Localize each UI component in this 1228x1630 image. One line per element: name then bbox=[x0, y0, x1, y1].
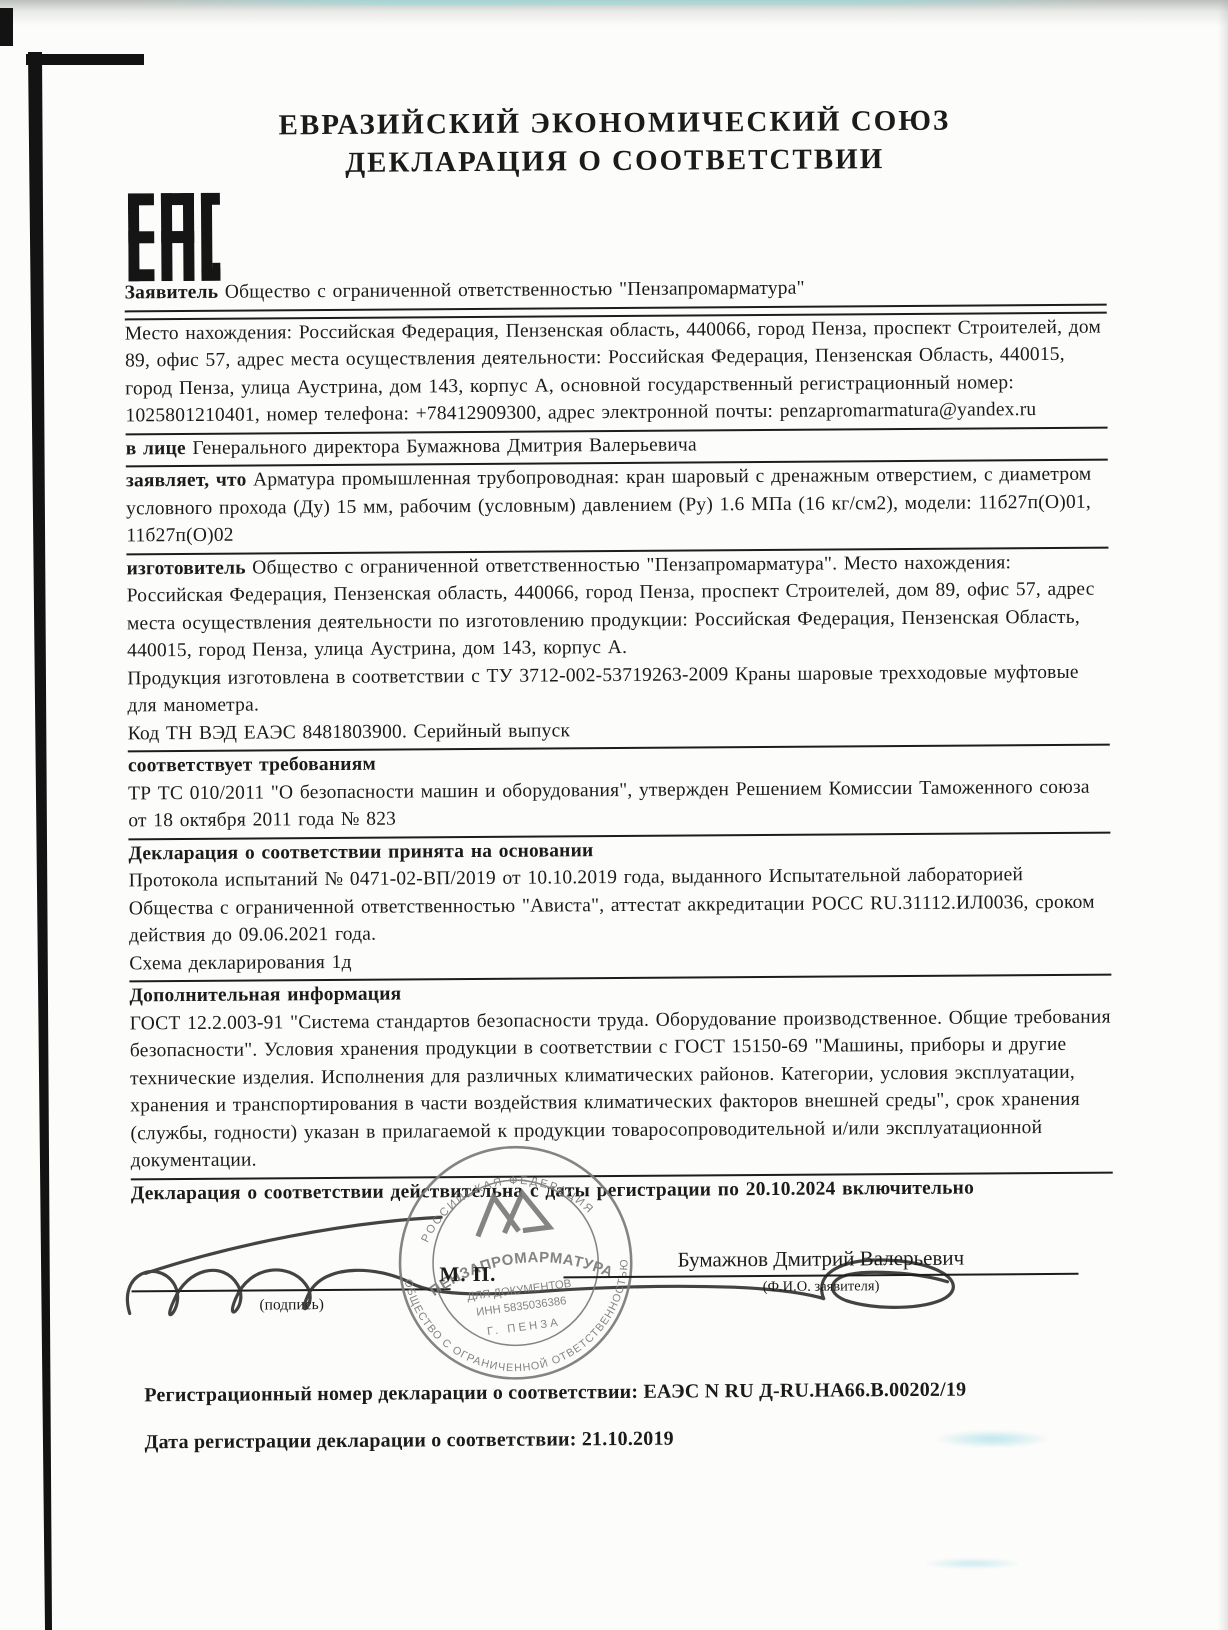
person-label: в лице bbox=[126, 438, 186, 459]
manufacturer-value: Общество с ограниченной ответственностью… bbox=[127, 552, 1095, 662]
scanned-declaration-page: ЕВРАЗИЙСКИЙ ЭКОНОМИЧЕСКИЙ СОЮЗ ДЕКЛАРАЦИ… bbox=[0, 0, 1228, 1630]
applicant-row: Заявитель Общество с ограниченной ответс… bbox=[125, 273, 1107, 312]
registration-number-label: Регистрационный номер декларации о соотв… bbox=[144, 1381, 643, 1406]
stamp-rim-top-text: РОССИЙСКАЯ ФЕДЕРАЦИЯ bbox=[413, 1165, 598, 1246]
applicant-fio-caption: (Ф.И.О. заявителя) bbox=[564, 1277, 1079, 1298]
scan-right-shadow bbox=[1218, 0, 1228, 1630]
svg-text:РОССИЙСКАЯ ФЕДЕРАЦИЯ: РОССИЙСКАЯ ФЕДЕРАЦИЯ bbox=[413, 1165, 598, 1246]
applicant-fio-column: Бумажнов Дмитрий Валерьевич (Ф.И.О. заяв… bbox=[563, 1243, 1078, 1298]
registration-number-row: Регистрационный номер декларации о соотв… bbox=[132, 1376, 1114, 1410]
complies-text: ТР ТС 010/2011 "О безопасности машин и о… bbox=[128, 773, 1110, 840]
scan-cyan-smudge-2 bbox=[925, 1558, 1020, 1569]
declares-label: заявляет, что bbox=[126, 470, 247, 492]
applicant-address: Место нахождения: Российская Федерация, … bbox=[125, 313, 1108, 435]
stamp-city: Г. ПЕНЗА bbox=[486, 1317, 561, 1338]
signature-block: РОССИЙСКАЯ ФЕДЕРАЦИЯ ОБЩЕСТВО С ОГРАНИЧЕ… bbox=[131, 1211, 1114, 1353]
production-note: Продукция изготовлена в соответствии с Т… bbox=[127, 658, 1109, 720]
scan-corner-mark bbox=[0, 8, 13, 46]
person-value: Генерального директора Бумажнова Дмитрия… bbox=[192, 434, 697, 459]
scan-top-cyan-strip bbox=[140, 0, 1100, 5]
basis-text: Протокола испытаний № 0471-02-ВП/2019 от… bbox=[129, 861, 1112, 950]
registration-number-value: ЕАЭС N RU Д-RU.НА66.В.00202/19 bbox=[643, 1379, 966, 1403]
declares-row: заявляет, что Арматура промышленная труб… bbox=[126, 461, 1109, 555]
registration-date-value: 21.10.2019 bbox=[582, 1428, 674, 1451]
title-line-2: ДЕКЛАРАЦИЯ О СООТВЕТСТВИИ bbox=[124, 139, 1106, 184]
scan-left-edge-bar bbox=[12, 52, 72, 1630]
stamp-monogram-icon bbox=[473, 1190, 549, 1236]
eac-logo bbox=[128, 193, 221, 282]
document-content: ЕВРАЗИЙСКИЙ ЭКОНОМИЧЕСКИЙ СОЮЗ ДЕКЛАРАЦИ… bbox=[123, 101, 1114, 1457]
applicant-value: Общество с ограниченной ответственностью… bbox=[225, 278, 805, 303]
manufacturer-label: изготовитель bbox=[126, 557, 245, 579]
document-title: ЕВРАЗИЙСКИЙ ЭКОНОМИЧЕСКИЙ СОЮЗ ДЕКЛАРАЦИ… bbox=[123, 101, 1106, 184]
manufacturer-row: изготовитель Общество с ограниченной отв… bbox=[126, 548, 1109, 665]
declares-value: Арматура промышленная трубопроводная: кр… bbox=[126, 464, 1091, 547]
registration-date-row: Дата регистрации декларации о соответств… bbox=[133, 1423, 1115, 1457]
applicant-label: Заявитель bbox=[125, 282, 219, 304]
registration-date-label: Дата регистрации декларации о соответств… bbox=[145, 1428, 582, 1453]
stamp-place-label: М. П. bbox=[439, 1262, 496, 1287]
applicant-fio: Бумажнов Дмитрий Валерьевич bbox=[563, 1243, 1078, 1279]
